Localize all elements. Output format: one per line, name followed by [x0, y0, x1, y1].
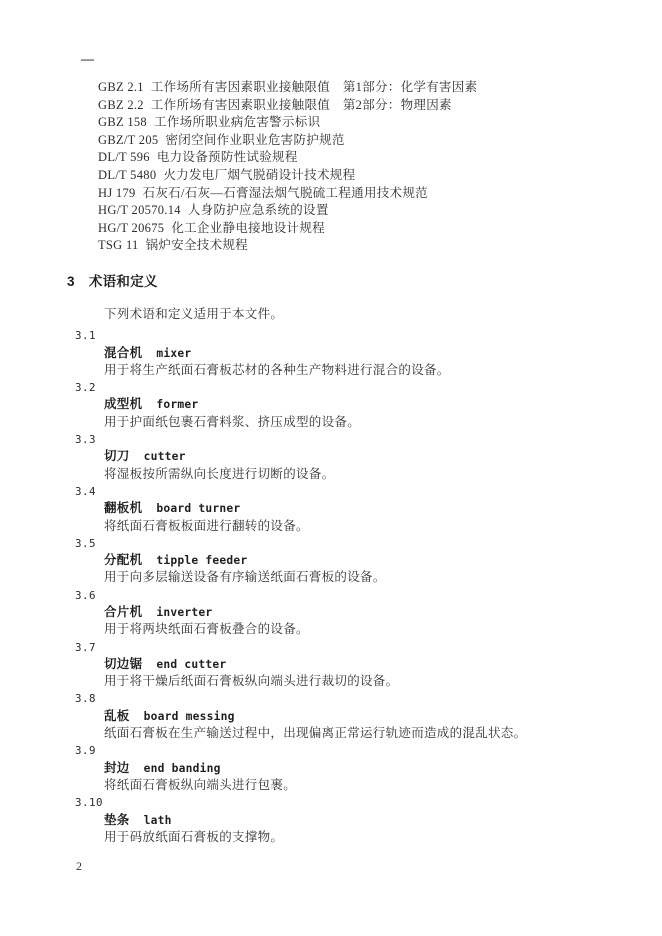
- term-number: 3.5: [75, 535, 602, 552]
- term-name-en: board messing: [144, 710, 235, 723]
- term-number: 3.2: [75, 379, 602, 396]
- reference-item: GBZ 2.1工作场所有害因素职业接触限值 第1部分：化学有害因素: [98, 79, 602, 97]
- term-definition: 将纸面石膏板纵向端头进行包裹。: [104, 777, 602, 794]
- term-block: 3.9 封边end banding 将纸面石膏板纵向端头进行包裹。: [67, 742, 602, 794]
- term-block: 3.1 混合机mixer 用于将生产纸面石膏板芯材的各种生产物料进行混合的设备。: [67, 327, 602, 379]
- term-title-line: 乱板board messing: [104, 708, 602, 725]
- document-page: — GBZ 2.1工作场所有害因素职业接触限值 第1部分：化学有害因素 GBZ …: [0, 0, 662, 936]
- reference-code: GBZ 158: [98, 115, 147, 129]
- term-definition: 用于向多层输送设备有序输送纸面石膏板的设备。: [104, 569, 602, 586]
- term-name-en: end cutter: [156, 658, 226, 671]
- term-name-zh: 切刀: [104, 449, 130, 463]
- term-block: 3.10 垫条lath 用于码放纸面石膏板的支撑物。: [67, 794, 602, 846]
- reference-title: 锅炉安全技术规程: [146, 238, 248, 252]
- term-name-zh: 分配机: [104, 553, 142, 567]
- term-definition: 用于护面纸包裹石膏料浆、挤压成型的设备。: [104, 414, 602, 431]
- reference-code: HG/T 20570.14: [98, 203, 181, 217]
- reference-code: GBZ/T 205: [98, 133, 158, 147]
- term-number: 3.9: [75, 742, 602, 759]
- section-heading: 3术语和定义: [67, 272, 602, 291]
- term-definition: 纸面石膏板在生产输送过程中，出现偏离正常运行轨迹而造成的混乱状态。: [104, 725, 602, 742]
- term-number: 3.7: [75, 639, 602, 656]
- reference-title: 工作所场有害因素职业接触限值 第2部分：物理因素: [151, 98, 452, 112]
- term-block: 3.4 翻板机board turner 将纸面石膏板板面进行翻转的设备。: [67, 483, 602, 535]
- term-name-zh: 成型机: [104, 397, 142, 411]
- reference-title: 工作场所职业病危害警示标识: [154, 115, 320, 129]
- term-title-line: 合片机inverter: [104, 604, 602, 621]
- terms-intro-sentence: 下列术语和定义适用于本文件。: [104, 306, 602, 323]
- reference-title: 密闭空间作业职业危害防护规范: [165, 133, 344, 147]
- reference-title: 火力发电厂烟气脱硝设计技术规程: [163, 168, 355, 182]
- term-number: 3.1: [75, 327, 602, 344]
- term-number: 3.6: [75, 587, 602, 604]
- reference-code: HG/T 20675: [98, 221, 164, 235]
- page-content: — GBZ 2.1工作场所有害因素职业接触限值 第1部分：化学有害因素 GBZ …: [0, 0, 662, 846]
- reference-item: GBZ 158工作场所职业病危害警示标识: [98, 114, 602, 132]
- reference-code: DL/T 5480: [98, 168, 156, 182]
- term-title-line: 混合机mixer: [104, 345, 602, 362]
- term-name-zh: 垫条: [104, 813, 130, 827]
- reference-item: GBZ 2.2工作所场有害因素职业接触限值 第2部分：物理因素: [98, 97, 602, 115]
- term-name-en: inverter: [156, 606, 212, 619]
- term-title-line: 成型机former: [104, 396, 602, 413]
- term-name-zh: 封边: [104, 761, 130, 775]
- term-name-zh: 混合机: [104, 346, 142, 360]
- term-block: 3.3 切刀cutter 将湿板按所需纵向长度进行切断的设备。: [67, 431, 602, 483]
- reference-item: HG/T 20675化工企业静电接地设计规程: [98, 220, 602, 238]
- term-name-en: cutter: [144, 450, 186, 463]
- term-number: 3.3: [75, 431, 602, 448]
- reference-item: HJ 179石灰石/石灰—石膏湿法烟气脱硫工程通用技术规范: [98, 185, 602, 203]
- reference-item: HG/T 20570.14人身防护应急系统的设置: [98, 202, 602, 220]
- term-name-en: former: [156, 398, 198, 411]
- term-name-en: tipple feeder: [156, 554, 247, 567]
- term-number: 3.10: [75, 794, 602, 811]
- term-title-line: 分配机tipple feeder: [104, 552, 602, 569]
- term-block: 3.6 合片机inverter 用于将两块纸面石膏板叠合的设备。: [67, 587, 602, 639]
- term-name-zh: 合片机: [104, 605, 142, 619]
- reference-code: HJ 179: [98, 186, 136, 200]
- term-number: 3.4: [75, 483, 602, 500]
- term-definition: 用于将两块纸面石膏板叠合的设备。: [104, 621, 602, 638]
- normative-references-list: GBZ 2.1工作场所有害因素职业接触限值 第1部分：化学有害因素 GBZ 2.…: [98, 79, 602, 255]
- corner-dash-mark: —: [81, 50, 602, 67]
- definitions-list: 3.1 混合机mixer 用于将生产纸面石膏板芯材的各种生产物料进行混合的设备。…: [67, 327, 602, 846]
- reference-item: DL/T 596电力设备预防性试验规程: [98, 149, 602, 167]
- reference-item: DL/T 5480火力发电厂烟气脱硝设计技术规程: [98, 167, 602, 185]
- section-title: 术语和定义: [89, 274, 158, 289]
- term-block: 3.5 分配机tipple feeder 用于向多层输送设备有序输送纸面石膏板的…: [67, 535, 602, 587]
- term-definition: 用于将干燥后纸面石膏板纵向端头进行裁切的设备。: [104, 673, 602, 690]
- term-definition: 用于将生产纸面石膏板芯材的各种生产物料进行混合的设备。: [104, 362, 602, 379]
- reference-title: 化工企业静电接地设计规程: [171, 221, 325, 235]
- term-name-zh: 乱板: [104, 709, 130, 723]
- term-definition: 将纸面石膏板板面进行翻转的设备。: [104, 518, 602, 535]
- reference-code: DL/T 596: [98, 150, 150, 164]
- term-definition: 用于码放纸面石膏板的支撑物。: [104, 829, 602, 846]
- term-title-line: 切刀cutter: [104, 448, 602, 465]
- reference-title: 电力设备预防性试验规程: [157, 150, 298, 164]
- term-name-en: end banding: [144, 762, 221, 775]
- term-title-line: 封边end banding: [104, 760, 602, 777]
- reference-code: GBZ 2.1: [98, 80, 144, 94]
- reference-title: 石灰石/石灰—石膏湿法烟气脱硫工程通用技术规范: [143, 186, 428, 200]
- term-block: 3.8 乱板board messing 纸面石膏板在生产输送过程中，出现偏离正常…: [67, 690, 602, 742]
- term-name-zh: 切边锯: [104, 657, 142, 671]
- reference-code: GBZ 2.2: [98, 98, 144, 112]
- term-block: 3.2 成型机former 用于护面纸包裹石膏料浆、挤压成型的设备。: [67, 379, 602, 431]
- term-block: 3.7 切边锯end cutter 用于将干燥后纸面石膏板纵向端头进行裁切的设备…: [67, 639, 602, 691]
- term-definition: 将湿板按所需纵向长度进行切断的设备。: [104, 466, 602, 483]
- page-number: 2: [76, 859, 82, 874]
- reference-item: TSG 11锅炉安全技术规程: [98, 237, 602, 255]
- section-number: 3: [67, 274, 75, 289]
- reference-code: TSG 11: [98, 238, 139, 252]
- term-title-line: 翻板机board turner: [104, 500, 602, 517]
- term-name-zh: 翻板机: [104, 501, 142, 515]
- term-title-line: 切边锯end cutter: [104, 656, 602, 673]
- reference-item: GBZ/T 205密闭空间作业职业危害防护规范: [98, 132, 602, 150]
- term-name-en: mixer: [156, 347, 191, 360]
- term-title-line: 垫条lath: [104, 812, 602, 829]
- term-number: 3.8: [75, 690, 602, 707]
- reference-title: 人身防护应急系统的设置: [188, 203, 329, 217]
- term-name-en: lath: [144, 814, 172, 827]
- term-name-en: board turner: [156, 502, 240, 515]
- reference-title: 工作场所有害因素职业接触限值 第1部分：化学有害因素: [151, 80, 478, 94]
